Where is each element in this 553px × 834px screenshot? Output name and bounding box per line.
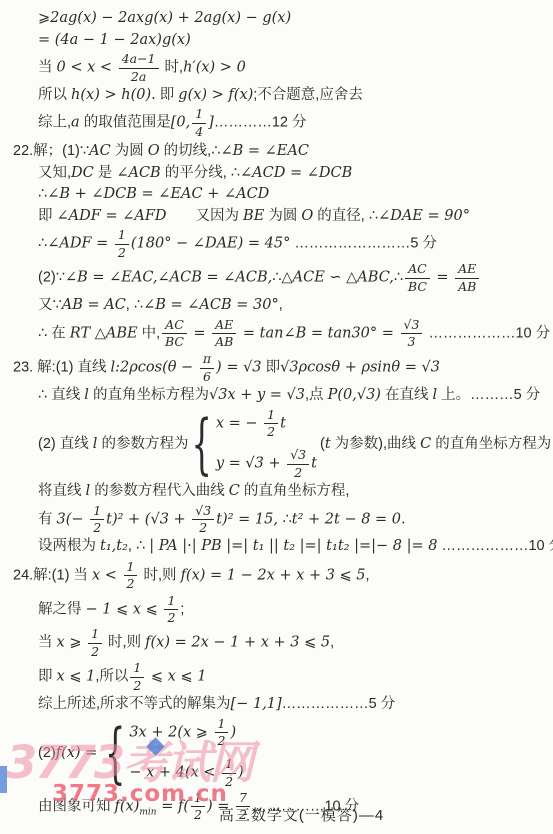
cases-block: {x = − 12ty = √3 + √32t <box>191 408 317 481</box>
math-run: ) <box>230 724 236 740</box>
text-run: 的取值范围是 <box>80 115 171 131</box>
solution-line: 设两根为 t₁,t₂, ∴ | PA |·| PB |=| t₁ || t₂ |… <box>0 537 553 557</box>
text-run: 所以 <box>38 87 71 103</box>
text-run: ∴ 在 <box>38 325 70 341</box>
math-run: h(x) > h(0). <box>71 87 156 103</box>
text-run: 即 <box>156 87 179 103</box>
math-run: √3ρcosθ + ρsinθ = √3 <box>280 360 440 376</box>
fraction-denominator: 3 <box>401 334 423 349</box>
math-run: x ⩾ <box>57 635 87 651</box>
text-run: ………………5 分 <box>282 696 396 712</box>
fraction: 12 <box>88 627 102 659</box>
text-run: 将直线 <box>38 483 86 499</box>
fraction: π6 <box>200 352 214 384</box>
math-run: (180° − ∠DAE) = 45° <box>131 236 291 252</box>
text-run: ,所以 <box>95 669 128 685</box>
math-run: x ⩽ 1 <box>57 669 96 685</box>
fraction-numerator: 1 <box>164 594 178 610</box>
fraction-denominator: 2 <box>164 610 178 625</box>
fraction: 12 <box>164 594 178 626</box>
fraction-numerator: √3 <box>401 318 423 334</box>
text-run: 解之得 <box>38 601 86 617</box>
math-run: f(x) = <box>56 745 102 761</box>
fraction: AEAB <box>212 318 236 350</box>
fraction-numerator: 1 <box>192 107 206 123</box>
text-run: 为参数),曲线 <box>331 436 420 452</box>
math-run: = <box>189 325 210 341</box>
fraction-denominator: 4 <box>192 124 206 139</box>
solution-line: ∴∠B + ∠DCB = ∠EAC + ∠ACD <box>0 185 553 205</box>
solutions-content: ⩾2ag(x) − 2axg(x) + 2ag(x) − g(x)= (4a −… <box>0 0 553 823</box>
text-run: ∴ <box>394 270 403 286</box>
fraction-numerator: 1 <box>215 717 229 733</box>
math-run: BE <box>243 208 264 224</box>
math-run: ∠B = ∠ACB = 30° <box>143 297 279 313</box>
math-run: f(x) = 1 − 2x + x + 3 ⩽ 5 <box>181 568 366 584</box>
cases-rows: x = − 12ty = √3 + √32t <box>216 408 317 481</box>
fraction: 12 <box>90 504 104 536</box>
math-run: P(0,√3) <box>328 387 381 403</box>
solution-line: 综上所述,所求不等式的解集为[− 1,1]………………5 分 <box>0 695 553 715</box>
text-run: 为圆 <box>264 208 301 224</box>
text-run: (2)∵ <box>38 270 65 286</box>
text-run: (2) <box>38 745 56 761</box>
solution-line: (2)∵∠B = ∠EAC,∠ACB = ∠ACB,∴△ACE ∽ △ABC,∴… <box>0 262 553 294</box>
math-run: ∠ACB <box>116 165 160 181</box>
fraction-denominator: 2 <box>192 520 214 535</box>
text-run: 中, <box>138 325 161 341</box>
text-run: , <box>366 568 370 584</box>
fraction-numerator: √3 <box>192 504 214 520</box>
math-run: ) = √3 <box>216 360 262 376</box>
fraction-denominator: 2 <box>130 678 144 693</box>
solution-line: 24.解:(1) 当 x < 12 时,则 f(x) = 1 − 2x + x … <box>0 560 553 592</box>
fraction-denominator: 2 <box>88 644 102 659</box>
solution-line: 综上,a 的取值范围是[0,14]…………12 分 <box>0 107 553 139</box>
text-run: ,点 <box>305 387 328 403</box>
solution-line: 22.解；(1)∵AC 为圆 O 的切线,∴∠B = ∠EAC <box>0 142 553 162</box>
text-run: 即 <box>38 208 57 224</box>
text-run: , <box>279 297 283 313</box>
fraction: √32 <box>192 504 214 536</box>
fraction-denominator: 2 <box>215 733 229 748</box>
solution-line: 即 x ⩽ 1,所以12 ⩽ x ⩽ 1 <box>0 661 553 693</box>
fraction-numerator: 1 <box>264 408 278 424</box>
math-run: = tan∠B = tan30° = <box>238 325 398 341</box>
text-run: ……………………5 分 <box>290 236 437 252</box>
solution-line: (2) 直线 l 的参数方程为{x = − 12ty = √3 + √32t(t… <box>0 408 553 481</box>
math-run: − x + 4(x < <box>129 765 220 781</box>
solution-line: 当 x ⩾ 12 时,则 f(x) = 2x − 1 + x + 3 ⩽ 5, <box>0 627 553 659</box>
solution-line: ∴ 直线 l 的直角坐标方程为√3x + y = √3,点 P(0,√3) 在直… <box>0 386 553 406</box>
math-run: t <box>280 415 286 431</box>
text-run: 综上所述,所求不等式的解集为 <box>38 696 231 712</box>
math-run: y = √3 + <box>216 456 285 472</box>
math-run: ⩾2ag(x) − 2axg(x) + 2ag(x) − g(x) <box>38 10 291 26</box>
fraction-denominator: BC <box>162 334 187 349</box>
math-run: ⩽ x ⩽ 1 <box>146 669 206 685</box>
section-q24: 24.解:(1) 当 x < 12 时,则 f(x) = 1 − 2x + x … <box>0 560 553 823</box>
exam-answer-page: ⩾2ag(x) − 2axg(x) + 2ag(x) − g(x)= (4a −… <box>0 0 553 834</box>
solution-line: 所以 h(x) > h(0). 即 g(x) > f(x);不合题意,应舍去 <box>0 86 553 106</box>
solution-line: 23. 解:(1) 直线 l:2ρcos(θ − π6) = √3 即√3ρco… <box>0 352 553 384</box>
math-run: t₁,t₂ <box>100 538 128 554</box>
math-run: | PA |·| PB |=| t₁ || t₂ |=| t₁t₂ |=|− 8… <box>149 538 437 554</box>
text-run: 是 <box>94 165 117 181</box>
text-run: 又因为 <box>167 208 244 224</box>
fraction-numerator: AE <box>212 318 236 334</box>
math-run: = (4a − 1 − 2ax)g(x) <box>38 32 191 48</box>
fraction-denominator: 2 <box>287 465 309 480</box>
fraction-numerator: 1 <box>90 504 104 520</box>
fraction: 12 <box>264 408 278 440</box>
text-run: 时,则 <box>139 568 180 584</box>
fraction-numerator: AE <box>455 262 479 278</box>
fraction-numerator: 1 <box>130 661 144 677</box>
fraction-numerator: 4a−1 <box>119 52 159 68</box>
math-run: ∠ADF = ∠AFD <box>57 208 167 224</box>
math-run: t)² + (√3 + <box>106 511 190 527</box>
math-run: [− 1,1] <box>231 696 282 712</box>
text-run: 的平分线, ∴ <box>161 165 240 181</box>
cases-rows: 3x + 2(x ⩾ 12)− x + 4(x < 12) <box>129 717 243 790</box>
text-run: 即 <box>38 669 57 685</box>
text-run: 即 <box>262 360 281 376</box>
cases-row: x = − 12t <box>216 408 317 440</box>
fraction: AEAB <box>455 262 479 294</box>
solution-line: = (4a − 1 − 2ax)g(x) <box>0 31 553 51</box>
text-run: 的切线,∴ <box>160 143 221 159</box>
math-run: t)² = 15, ∴t² + 2t − 8 = 0. <box>216 511 405 527</box>
math-run: ∠B = ∠EAC,∠ACB = ∠ACB, <box>65 270 272 286</box>
fraction-denominator: 2 <box>124 576 138 591</box>
cases-block: {3x + 2(x ⩾ 12)− x + 4(x < 12) <box>105 717 244 790</box>
solution-line: 当 0 < x < 4a−12a 时,h′(x) > 0 <box>0 52 553 84</box>
text-run: , ∴ <box>126 297 143 313</box>
text-run: ; <box>180 601 184 617</box>
fraction: 12 <box>130 661 144 693</box>
math-run: ∠B = ∠EAC <box>220 143 308 159</box>
fraction-numerator: 1 <box>88 627 102 643</box>
page-footer-label: 高三数学文(一模答)—4 <box>0 804 553 825</box>
text-run: 时,则 <box>104 635 145 651</box>
fraction: 12 <box>115 228 129 260</box>
math-run: ) <box>238 765 244 781</box>
text-run: …………12 分 <box>214 115 307 131</box>
fraction-numerator: √3 <box>287 448 309 464</box>
math-run: 0 < x < <box>57 60 117 76</box>
fraction-numerator: 1 <box>115 228 129 244</box>
math-run: 3x + 2(x ⩾ <box>129 724 212 740</box>
section-q22: 22.解；(1)∵AC 为圆 O 的切线,∴∠B = ∠EAC又知,DC 是 ∠… <box>0 142 553 349</box>
text-run: 24.解:(1) 当 <box>13 568 92 584</box>
math-run: g(x) > f(x) <box>178 87 253 103</box>
solution-line: 又∵AB = AC, ∴∠B = ∠ACB = 30°, <box>0 296 553 316</box>
cases-brace: { <box>105 720 125 786</box>
fraction: √32 <box>287 448 309 480</box>
solution-line: 将直线 l 的参数方程代入曲线 C 的直角坐标方程, <box>0 482 553 502</box>
fraction-numerator: π <box>200 352 214 368</box>
text-run: 的直角坐标方程为 <box>431 436 551 452</box>
math-run: l:2ρcos(θ − <box>111 360 198 376</box>
fraction-denominator: AB <box>455 279 479 294</box>
fraction: 14 <box>192 107 206 139</box>
fraction-denominator: 2 <box>90 520 104 535</box>
text-run: 设两根为 <box>38 538 100 554</box>
text-run: , <box>330 635 334 651</box>
fraction: ACBC <box>405 262 430 294</box>
math-run: = <box>432 270 453 286</box>
fraction-numerator: AC <box>405 262 430 278</box>
fraction-denominator: 2 <box>115 245 129 260</box>
solution-line: ∴ 在 RT △ABE 中,ACBC = AEAB = tan∠B = tan3… <box>0 318 553 350</box>
text-run: ………………10 分 <box>437 538 553 554</box>
fraction-numerator: AC <box>162 318 187 334</box>
text-run: 又知, <box>38 165 71 181</box>
text-run: 的直径, ∴ <box>313 208 378 224</box>
text-run: ;不合题意,应舍去 <box>253 87 363 103</box>
math-run: ∠ACD = ∠DCB <box>240 165 352 181</box>
cases-row: y = √3 + √32t <box>216 448 317 480</box>
text-run: 又∵ <box>38 297 62 313</box>
fraction: 4a−12a <box>119 52 159 84</box>
math-run: DC <box>71 165 94 181</box>
text-run: , ∴ <box>128 538 149 554</box>
math-run: t <box>311 456 317 472</box>
text-run: 在直线 <box>381 387 433 403</box>
math-run: △ACE ∽ △ABC, <box>281 270 393 286</box>
text-run: 综上, <box>38 115 71 131</box>
section-q23: 23. 解:(1) 直线 l:2ρcos(θ − π6) = √3 即√3ρco… <box>0 352 553 557</box>
text-run: 为圆 <box>111 143 148 159</box>
text-run: ………………10 分 <box>424 325 550 341</box>
text-run: 的直角坐标方程, <box>240 483 350 499</box>
math-run: x = − <box>216 415 262 431</box>
solution-line: ⩾2ag(x) − 2axg(x) + 2ag(x) − g(x) <box>0 9 553 29</box>
fraction-denominator: BC <box>405 279 430 294</box>
solution-line: 即 ∠ADF = ∠AFD 又因为 BE 为圆 O 的直径, ∴∠DAE = 9… <box>0 207 553 227</box>
fraction-denominator: 6 <box>200 369 214 384</box>
math-run: ∴∠B + ∠DCB = ∠EAC + ∠ACD <box>38 186 269 202</box>
math-run: ∠DAE = 90° <box>378 208 470 224</box>
solution-line: 解之得 − 1 ⩽ x ⩽ 12; <box>0 594 553 626</box>
text-run: 23. 解:(1) 直线 <box>13 360 111 376</box>
math-run: RT △ABE <box>70 325 138 341</box>
math-run: h′(x) > 0 <box>183 60 246 76</box>
fraction: √33 <box>401 318 423 350</box>
text-run: 当 <box>38 60 57 76</box>
text-run: 22.解；(1)∵ <box>13 143 89 159</box>
math-run: 3(− <box>57 511 89 527</box>
math-run: √3x + y = √3 <box>209 387 305 403</box>
math-run: a <box>71 115 80 131</box>
section-q21-end: ⩾2ag(x) − 2axg(x) + 2ag(x) − g(x)= (4a −… <box>0 9 553 139</box>
math-run: AC <box>89 143 111 159</box>
text-run: 的参数方程为 <box>97 436 188 452</box>
solution-line: 又知,DC 是 ∠ACB 的平分线, ∴∠ACD = ∠DCB <box>0 164 553 184</box>
text-run: 的参数方程代入曲线 <box>90 483 229 499</box>
text-run: 上。………5 分 <box>437 387 540 403</box>
fraction-numerator: 1 <box>222 757 236 773</box>
cases-brace: { <box>191 411 211 477</box>
text-run: 时, <box>161 60 184 76</box>
text-run: 有 <box>38 511 57 527</box>
math-run: O <box>301 208 313 224</box>
math-run: C <box>229 483 240 499</box>
cases-row: 3x + 2(x ⩾ 12) <box>129 717 243 749</box>
fraction: 12 <box>124 560 138 592</box>
text-run: ∴ 直线 <box>38 387 84 403</box>
text-run: 当 <box>38 635 57 651</box>
fraction-denominator: AB <box>212 334 236 349</box>
math-run: x < <box>92 568 122 584</box>
cases-row: − x + 4(x < 12) <box>129 757 243 789</box>
fraction-denominator: 2a <box>119 69 159 84</box>
text-run: (2) 直线 <box>38 436 93 452</box>
fraction-denominator: 2 <box>264 424 278 439</box>
math-run: [0, <box>171 115 191 131</box>
fraction: ACBC <box>162 318 187 350</box>
math-run: O <box>148 143 160 159</box>
fraction: 12 <box>222 757 236 789</box>
fraction: 12 <box>215 717 229 749</box>
math-run: C <box>420 436 431 452</box>
solution-line: ∴∠ADF = 12(180° − ∠DAE) = 45° ……………………5 … <box>0 228 553 260</box>
math-run: f(x) = 2x − 1 + x + 3 ⩽ 5 <box>145 635 330 651</box>
solution-line: (2)f(x) = {3x + 2(x ⩾ 12)− x + 4(x < 12) <box>0 717 553 790</box>
math-run: − 1 ⩽ x ⩽ <box>86 601 163 617</box>
fraction-numerator: 1 <box>124 560 138 576</box>
solution-line: 有 3(− 12t)² + (√3 + √32t)² = 15, ∴t² + 2… <box>0 504 553 536</box>
math-run: ∴∠ADF = <box>38 236 113 252</box>
text-run: 的直角坐标方程为 <box>89 387 209 403</box>
math-run: AB = AC <box>62 297 126 313</box>
fraction-denominator: 2 <box>222 774 236 789</box>
